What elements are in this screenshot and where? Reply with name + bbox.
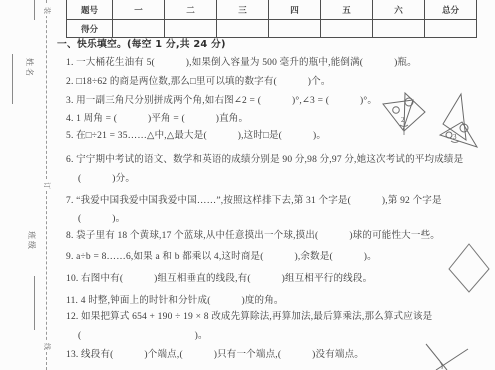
binding-char-xian: 线 xyxy=(42,341,51,352)
question-line-1: 1. 一大桶花生油有 5( ),如果倒入容量为 500 毫升的瓶中,能倒满( )… xyxy=(66,57,417,69)
table-header-cell: 总分 xyxy=(425,0,477,20)
margin-name-label: 姓名 xyxy=(24,58,35,78)
question-line-12b: ( )。 xyxy=(78,330,208,342)
score-empty-cell xyxy=(113,20,165,38)
margin-write-rule xyxy=(12,54,13,104)
margin-class-label: 班级 xyxy=(26,231,37,251)
binding-char-zhuang: 装 xyxy=(42,5,51,16)
section-title: 一、快乐填空。(每空 1 分,共 24 分) xyxy=(57,39,226,51)
question-line-6: 6. 宁宁期中考试的语文、数学和英语的成绩分别是 90 分,98 分,97 分,… xyxy=(66,154,463,166)
score-empty-cell xyxy=(217,20,269,38)
question-line-7b: ( )。 xyxy=(78,213,125,225)
question-line-3: 3. 用一副三角尺分别拼成两个角,如右图∠2 = ( )°,∠3 = ( )°。 xyxy=(66,95,377,107)
question-line-10: 10. 右图中有( )组互相垂直的线段,有( )组互相平行的线段。 xyxy=(66,273,372,285)
score-empty-cell xyxy=(165,20,217,38)
question-line-6b: ( )分。 xyxy=(78,173,135,185)
question-line-13: 13. 线段有( )个端点,( )只有一个端点,( )没有端点。 xyxy=(66,349,364,361)
table-header-cell: 三 xyxy=(217,0,269,20)
question-line-2: 2. □18÷62 的商是两位数,那么□里可以填的数字有( )个。 xyxy=(66,76,331,88)
question-line-5: 5. 在□÷21 = 35……△中,△最大是( ),这时□是( )。 xyxy=(66,130,326,142)
score-empty-cell xyxy=(269,20,321,38)
margin-write-rule xyxy=(34,0,35,20)
question-line-9: 9. a÷b = 8……6,如果 a 和 b 都乘以 4,这时商是( ),余数是… xyxy=(66,251,377,263)
question-line-12: 12. 如果把算式 654 + 190 ÷ 19 × 8 改成先算除法,再算加法… xyxy=(66,311,432,323)
exam-paper-page: 装 订 线 姓名 班级 题号 一 二 三 四 五 六 总分 得分 xyxy=(0,0,495,370)
question-line-4: 4. 1 周角 = ( )平角 = ( )直角。 xyxy=(66,113,248,125)
table-header-cell: 六 xyxy=(373,0,425,20)
binding-char-ding: 订 xyxy=(42,180,51,191)
crossing-lines-figure xyxy=(412,338,474,370)
question-line-8: 8. 袋子里有 18 个黄球,17 个蓝球,从中任意摸出一个球,摸出( )球的可… xyxy=(66,230,440,242)
angle-3-label: 3 xyxy=(453,133,457,141)
diamond-figure xyxy=(446,241,492,295)
margin-write-rule xyxy=(34,276,35,330)
score-row-label: 得分 xyxy=(67,20,113,38)
score-empty-cell xyxy=(321,20,373,38)
score-table: 题号 一 二 三 四 五 六 总分 得分 xyxy=(66,0,477,38)
table-header-cell: 五 xyxy=(321,0,373,20)
table-header-cell: 四 xyxy=(269,0,321,20)
table-header-cell: 二 xyxy=(165,0,217,20)
set-square-figure-angle3: 3 xyxy=(437,91,481,149)
table-header-cell: 题号 xyxy=(67,0,113,20)
table-header-cell: 一 xyxy=(113,0,165,20)
question-line-11: 11. 4 时整,钟面上的时针和分针成( )度的角。 xyxy=(66,295,284,307)
set-square-figure-angle2: 2 xyxy=(381,90,429,136)
score-empty-cell xyxy=(373,20,425,38)
score-empty-cell xyxy=(425,20,477,38)
angle-2-label: 2 xyxy=(401,116,405,124)
question-line-7: 7. “我爱中国我爱中国我爱中国……”,按照这样排下去,第 31 个字是( ),… xyxy=(66,195,442,207)
